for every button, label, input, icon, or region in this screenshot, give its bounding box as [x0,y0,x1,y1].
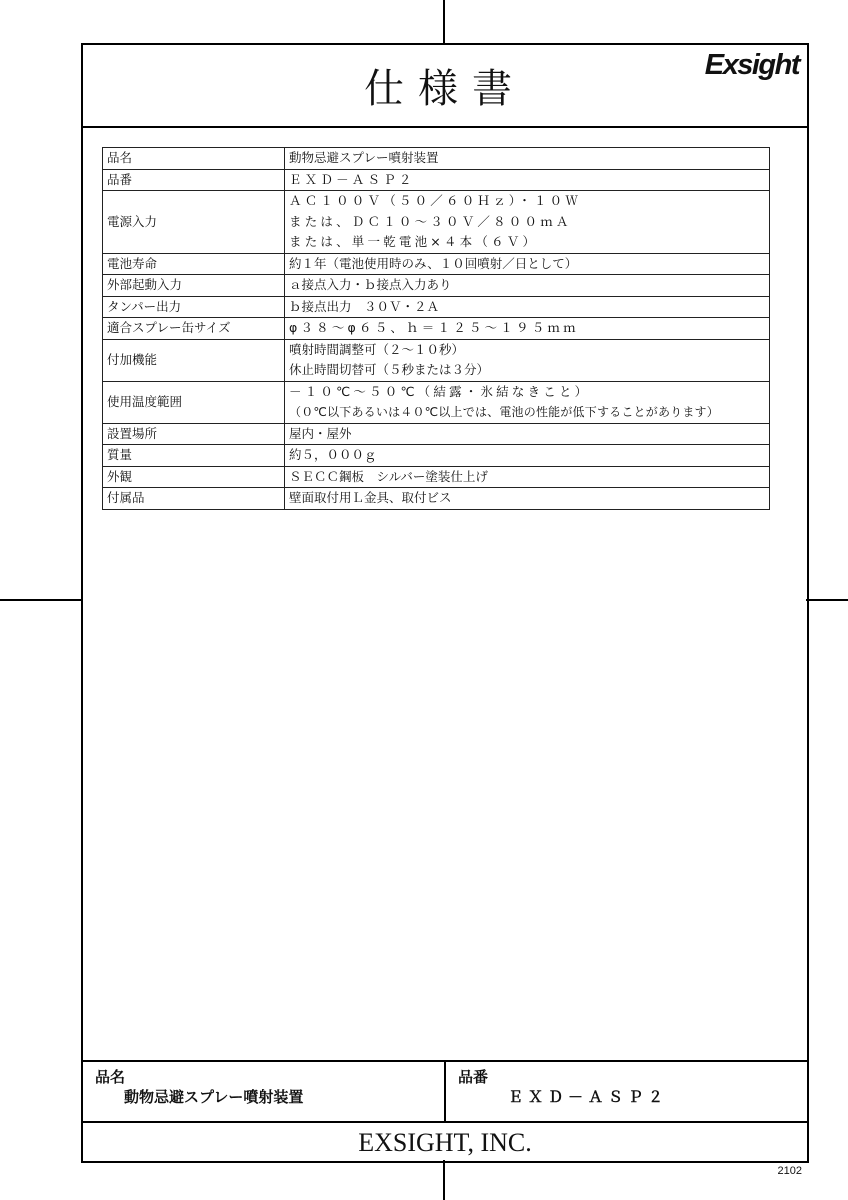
row-label: 品番 [103,169,285,191]
row-value: ｂ接点出力 ３０Ｖ・２Ａ [285,296,770,318]
crop-mark-top [443,0,445,45]
table-row: 設置場所 屋内・屋外 [103,423,770,445]
row-value: ＡＣ１００Ｖ（５０／６０Ｈｚ）・１０Ｗ または、ＤＣ１０～３０Ｖ／８００ｍＡ ま… [285,191,770,254]
row-label: 品名 [103,148,285,170]
value-line: ＳＥＣＣ鋼板 シルバー塗装仕上げ [289,467,765,488]
row-value: 約１年（電池使用時のみ、１０回噴射／日として） [285,253,770,275]
row-value: ａ接点入力・ｂ接点入力あり [285,275,770,297]
value-line: （０℃以下あるいは４０℃以上では、電池の性能が低下することがあります） [289,402,765,423]
footer-product-number: 品番 ＥＸＤ－ＡＳＰ２ [446,1060,807,1121]
value-line: ＥＸＤ－ＡＳＰ２ [289,170,765,191]
company-name: EXSIGHT, INC. [83,1121,807,1163]
table-row: 電池寿命 約１年（電池使用時のみ、１０回噴射／日として） [103,253,770,275]
crop-mark-right [806,599,848,601]
row-value: 動物忌避スプレー噴射装置 [285,148,770,170]
footer-name-value: 動物忌避スプレー噴射装置 [124,1086,303,1107]
row-value: 約５，０００ｇ [285,445,770,467]
value-line: または、単一乾電池×４本（６Ｖ） [289,232,765,253]
document-header: 仕様書 Exsight [83,45,807,128]
row-label: 適合スプレー缶サイズ [103,318,285,340]
row-label: 付加機能 [103,339,285,381]
footer-name-label: 品名 [95,1066,125,1087]
row-label: 外部起動入力 [103,275,285,297]
row-label: 設置場所 [103,423,285,445]
table-row: 品番 ＥＸＤ－ＡＳＰ２ [103,169,770,191]
value-line: ａ接点入力・ｂ接点入力あり [289,275,765,296]
table-row: 使用温度範囲 －１０℃～５０℃（結露・氷結なきこと） （０℃以下あるいは４０℃以… [103,381,770,423]
row-value: 壁面取付用Ｌ金具、取付ビス [285,488,770,510]
table-row: 外観 ＳＥＣＣ鋼板 シルバー塗装仕上げ [103,466,770,488]
crop-mark-left [0,599,82,601]
exsight-logo: Exsight [705,49,799,82]
table-row: 品名 動物忌避スプレー噴射装置 [103,148,770,170]
table-row: 付加機能 噴射時間調整可（２～１０秒） 休止時間切替可（５秒または３分） [103,339,770,381]
value-line: ＡＣ１００Ｖ（５０／６０Ｈｚ）・１０Ｗ [289,191,765,212]
value-line: 噴射時間調整可（２～１０秒） [289,340,765,361]
row-value: －１０℃～５０℃（結露・氷結なきこと） （０℃以下あるいは４０℃以上では、電池の… [285,381,770,423]
document-title: 仕様書 [83,57,807,114]
row-value: ＳＥＣＣ鋼板 シルバー塗装仕上げ [285,466,770,488]
table-row: 付属品 壁面取付用Ｌ金具、取付ビス [103,488,770,510]
row-value: 噴射時間調整可（２～１０秒） 休止時間切替可（５秒または３分） [285,339,770,381]
table-row: タンパー出力 ｂ接点出力 ３０Ｖ・２Ａ [103,296,770,318]
value-line: ｂ接点出力 ３０Ｖ・２Ａ [289,297,765,318]
value-line: 屋内・屋外 [289,424,765,445]
document-frame: 仕様書 Exsight 品名 動物忌避スプレー噴射装置 品番 ＥＸＤ－ＡＳＰ２ … [81,43,809,1163]
row-label: 使用温度範囲 [103,381,285,423]
row-value: ＥＸＤ－ＡＳＰ２ [285,169,770,191]
row-label: 質量 [103,445,285,467]
row-label: タンパー出力 [103,296,285,318]
row-label: 外観 [103,466,285,488]
row-label: 付属品 [103,488,285,510]
table-row: 質量 約５，０００ｇ [103,445,770,467]
footer-product-name: 品名 動物忌避スプレー噴射装置 [83,1060,446,1121]
value-line: －１０℃～５０℃（結露・氷結なきこと） [289,382,765,403]
table-row: 電源入力 ＡＣ１００Ｖ（５０／６０Ｈｚ）・１０Ｗ または、ＤＣ１０～３０Ｖ／８０… [103,191,770,254]
document-number: 2102 [778,1165,802,1177]
footer-number-label: 品番 [458,1066,488,1087]
row-label: 電池寿命 [103,253,285,275]
row-label: 電源入力 [103,191,285,254]
row-value: 屋内・屋外 [285,423,770,445]
value-line: 動物忌避スプレー噴射装置 [289,148,765,169]
value-line: φ３８～φ６５、ｈ＝１２５～１９５ｍｍ [289,318,765,339]
row-value: φ３８～φ６５、ｈ＝１２５～１９５ｍｍ [285,318,770,340]
crop-mark-bottom [443,1160,445,1200]
table-row: 外部起動入力 ａ接点入力・ｂ接点入力あり [103,275,770,297]
value-line: 約１年（電池使用時のみ、１０回噴射／日として） [289,254,765,275]
value-line: 約５，０００ｇ [289,445,765,466]
spec-table: 品名 動物忌避スプレー噴射装置 品番 ＥＸＤ－ＡＳＰ２ 電源入力 ＡＣ１００Ｖ（… [102,147,770,510]
value-line: 休止時間切替可（５秒または３分） [289,360,765,381]
table-row: 適合スプレー缶サイズ φ３８～φ６５、ｈ＝１２５～１９５ｍｍ [103,318,770,340]
value-line: 壁面取付用Ｌ金具、取付ビス [289,488,765,509]
footer-number-value: ＥＸＤ－ＡＳＰ２ [508,1086,668,1107]
value-line: または、ＤＣ１０～３０Ｖ／８００ｍＡ [289,212,765,233]
